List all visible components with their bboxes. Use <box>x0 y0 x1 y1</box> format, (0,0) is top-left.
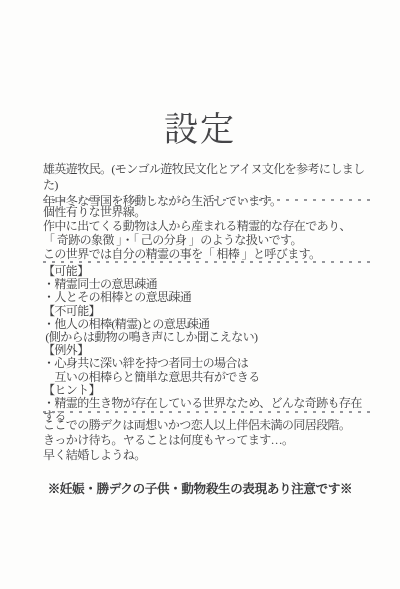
worldline-line: 個性有りな世界線。 <box>43 205 372 219</box>
rules-item: ・心身共に深い絆を持つ者同士の場合は <box>43 357 372 370</box>
dashed-separator <box>43 199 372 201</box>
worldline-line: 「 奇跡の象徴 」・「 己の分身 」のような扱いです。 <box>43 233 372 247</box>
settings-page: 設定 雄英遊牧民。(モンゴル遊牧民文化とアイヌ文化を参考にしました) 年中冬な雪… <box>0 0 400 589</box>
dashed-separator <box>43 261 372 263</box>
relationship-line: 早く結婚しようね。 <box>43 448 372 463</box>
worldline-line: この世界では自分の精霊の事を「 相棒 」と呼びます。 <box>43 247 372 261</box>
dashed-separator <box>43 411 372 413</box>
intro-line: 雄英遊牧民。(モンゴル遊牧民文化とアイヌ文化を参考にしました) <box>43 161 372 193</box>
rules-item-continued: 互いの相棒らと簡単な意思共有ができる <box>43 371 372 384</box>
relationship-paragraph: ここでの勝デクは両想いかつ恋人以上伴侶未満の同居段階。 きっかけ待ち。ヤることは… <box>43 418 372 463</box>
rules-item-note: (側からは動物の鳴き声にしか聞こえない) <box>43 331 372 344</box>
intro-paragraph: 雄英遊牧民。(モンゴル遊牧民文化とアイヌ文化を参考にしました) 年中冬な雪国を移… <box>43 161 372 209</box>
content-warning: ※妊娠・勝デクの子供・動物殺生の表現あり注意です※ <box>0 479 400 497</box>
rules-item: ・人とその相棒との意思疎通 <box>43 291 372 304</box>
worldline-paragraph: 個性有りな世界線。 作中に出てくる動物は人から産まれる精霊的な存在であり、 「 … <box>43 205 372 261</box>
relationship-line: ここでの勝デクは両想いかつ恋人以上伴侶未満の同居段階。 <box>43 418 372 433</box>
page-title: 設定 <box>0 102 400 151</box>
worldline-line: 作中に出てくる動物は人から産まれる精霊的な存在であり、 <box>43 219 372 233</box>
rules-heading-impossible: 【不可能】 <box>43 305 372 318</box>
relationship-line: きっかけ待ち。ヤることは何度もヤってます…。 <box>43 433 372 448</box>
rules-list: 【可能】 ・精霊同士の意思疎通 ・人とその相棒との意思疎通 【不可能】 ・他人の… <box>43 265 372 423</box>
